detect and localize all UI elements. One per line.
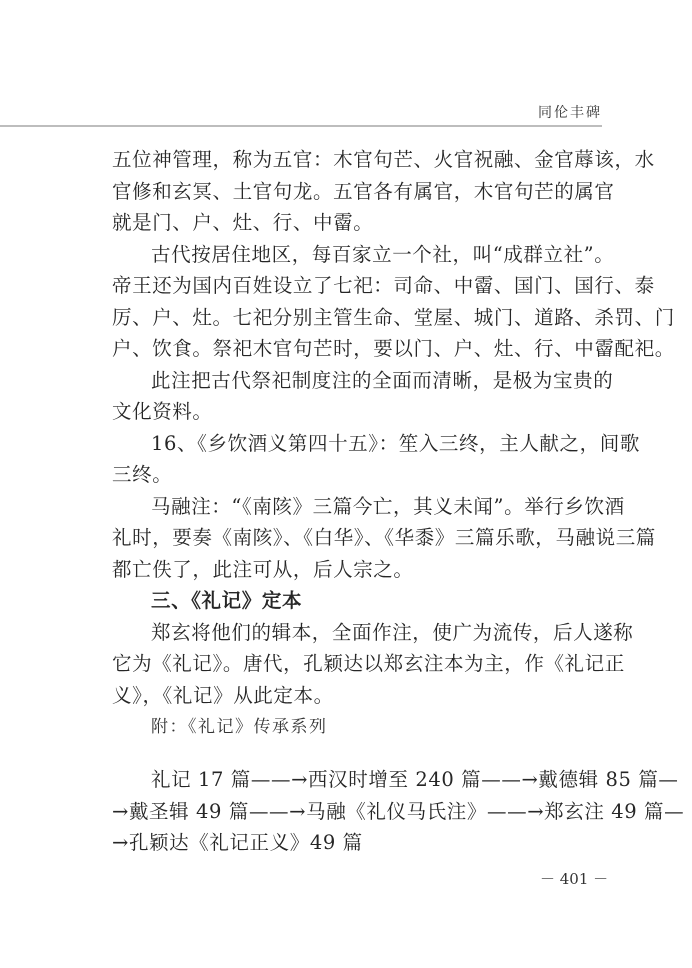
running-header: 同伦丰碑 <box>0 96 602 126</box>
transmission-chain: 礼记 17 篇——→西汉时增至 240 篇——→戴德辑 85 篇— →戴圣辑 4… <box>112 764 602 859</box>
chain-line: 礼记 17 篇——→西汉时增至 240 篇——→戴德辑 85 篇— <box>112 764 602 796</box>
page-number: － 401 － <box>540 868 608 889</box>
text-line: 就是门、户、灶、行、中霤。 <box>112 207 602 239</box>
chain-line: →戴圣辑 49 篇——→马融《礼仪马氏注》——→郑玄注 49 篇— <box>112 796 602 828</box>
text-line: 郑玄将他们的辑本，全面作注，使广为流传，后人遂称 <box>112 617 602 649</box>
header-title: 同伦丰碑 <box>538 102 602 122</box>
text-line: 马融注：“《南陔》三篇今亡，其义未闻”。举行乡饮酒 <box>112 491 602 523</box>
body-text: 五位神管理，称为五官：木官句芒、火官祝融、金官蓐该，水 官修和玄冥、土官句龙。五… <box>112 144 602 711</box>
text-line: 厉、户、灶。七祀分别主管生命、堂屋、城门、道路、杀罚、门 <box>112 302 602 334</box>
text-line: 五位神管理，称为五官：木官句芒、火官祝融、金官蓐该，水 <box>112 144 602 176</box>
section-heading: 三、《礼记》定本 <box>112 585 602 617</box>
chain-line: →孔颖达《礼记正义》49 篇 <box>112 827 602 859</box>
text-line: 16、《乡饮酒义第四十五》：笙入三终，主人献之，间歌 <box>112 428 602 460</box>
text-line: 都亡佚了，此注可从，后人宗之。 <box>112 554 602 586</box>
header-rule <box>0 125 602 127</box>
text-line: 此注把古代祭祀制度注的全面而清晰，是极为宝贵的 <box>112 365 602 397</box>
text-line: 礼时，要奏《南陔》、《白华》、《华黍》三篇乐歌，马融说三篇 <box>112 522 602 554</box>
text-line: 户、饮食。祭祀木官句芒时，要以门、户、灶、行、中霤配祀。 <box>112 333 602 365</box>
text-line: 古代按居住地区，每百家立一个社，叫“成群立社”。 <box>112 239 602 271</box>
appendix-title: 附：《礼记》传承系列 <box>151 712 328 737</box>
text-line: 帝王还为国内百姓设立了七祀：司命、中霤、国门、国行、泰 <box>112 270 602 302</box>
text-line: 官修和玄冥、土官句龙。五官各有属官，木官句芒的属官 <box>112 176 602 208</box>
text-line: 三终。 <box>112 459 602 491</box>
text-line: 它为《礼记》。唐代，孔颖达以郑玄注本为主，作《礼记正 <box>112 648 602 680</box>
text-line: 义》，《礼记》从此定本。 <box>112 680 602 712</box>
text-line: 文化资料。 <box>112 396 602 428</box>
